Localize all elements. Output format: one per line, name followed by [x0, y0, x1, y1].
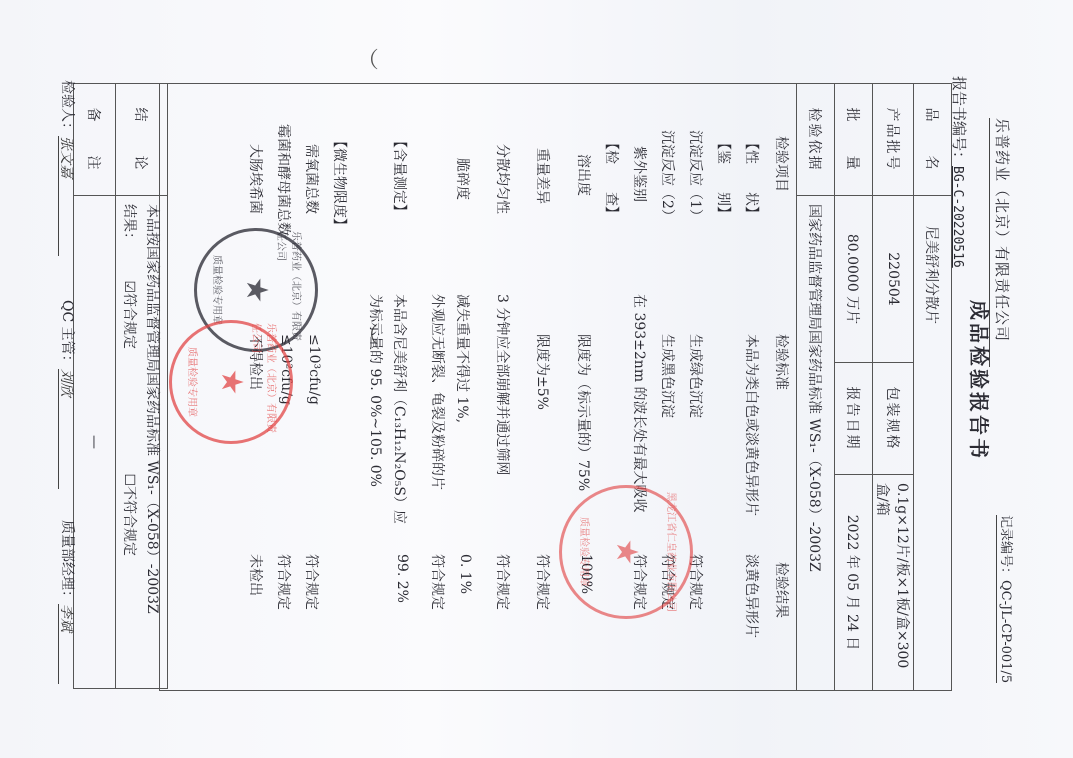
product-name-label: 品 名 — [914, 84, 952, 196]
test-item-name: 【鉴 别】 — [714, 136, 734, 220]
product-info-table: 品 名 尼美舒利分散片 产品批号 220504 包装规格 0.1g×12片/板×… — [796, 83, 952, 691]
test-standard: 生成绿色沉淀 — [686, 334, 706, 418]
batch-no-label: 产品批号 — [873, 84, 914, 196]
test-item-name: 【性 状】 — [742, 136, 762, 220]
test-item-name: 霉菌和酵母菌总数 — [274, 124, 294, 236]
report-title: 成品检验报告书 — [966, 300, 995, 461]
result-label: 结果： — [121, 204, 137, 246]
test-result: 符合规定 — [428, 554, 448, 610]
package-label: 包装规格 — [873, 363, 914, 475]
test-item-name: 重量差异 — [533, 148, 553, 204]
package-value: 0.1g×12片/板×1板/盒×300盒/箱 — [873, 475, 914, 691]
test-item-name: 分散均匀性 — [493, 144, 513, 214]
basis-label: 检验依据 — [797, 84, 835, 196]
report-date-label: 报告日期 — [835, 363, 873, 475]
pass-checkbox[interactable]: ☑符合规定 — [121, 280, 137, 349]
test-standard: 限度为±5% — [533, 334, 553, 410]
test-standard: ≤10³cfu/g — [306, 334, 322, 405]
test-result: 0. 1% — [457, 554, 473, 594]
test-result: 99. 2% — [394, 554, 410, 603]
test-standard: 本品为类白色或淡黄色异形片 — [742, 334, 762, 516]
test-standard: 为标示量的 95. 0%~105. 0% — [366, 294, 386, 487]
test-item-name: 溶出度 — [574, 154, 594, 196]
batch-no-value: 220504 — [873, 196, 914, 363]
test-result: 符合规定 — [533, 554, 553, 610]
remarks-label: 备 注 — [74, 84, 116, 196]
red-quality-stamp-1: ★ 乐普药业（北京）有限责任公司 质量检验专用章 — [169, 320, 293, 444]
test-standard: 限度为（标示量的）75% — [574, 334, 594, 491]
conclusion-cell: 本品按国家药品监督管理局国家药品标准 WS₁-（X-058）-2003Z 结果：… — [116, 196, 168, 689]
test-standard: 3 分钟应全部崩解并通过筛网 — [493, 294, 513, 475]
inspection-report-page: ︶ ︶ 乐普药业（北京）有限责任公司 成品检验报告书 记录编号：QC-JL-CP… — [0, 0, 1073, 758]
test-item-name: 紫外鉴别 — [630, 146, 650, 202]
column-header-result: 检验结果 — [772, 562, 792, 618]
punch-hole-mark: ︶ — [352, 48, 383, 70]
conclusion-text: 本品按国家药品监督管理局国家药品标准 WS₁-（X-058）-2003Z — [143, 204, 163, 680]
qa-manager-signature-line: 李斌 — [58, 604, 77, 684]
test-result: 未检出 — [246, 554, 266, 596]
test-standard: 减失重量不得过 1%, — [453, 294, 473, 423]
qc-supervisor-signature: QC 主管：刘欣 — [58, 300, 78, 489]
column-header-standard: 检验标准 — [772, 334, 792, 390]
report-number: 报告书编号：BG-C-20220516 — [949, 76, 970, 268]
test-item-name: 需氧菌总数 — [302, 144, 322, 214]
fail-checkbox[interactable]: ☐不符合规定 — [121, 473, 137, 556]
batch-qty-label: 批 量 — [835, 84, 873, 196]
qc-supervisor-signature-line: 刘欣 — [58, 369, 77, 489]
test-standard: 生成黑色沉淀 — [658, 334, 678, 418]
test-result: 符合规定 — [274, 554, 294, 610]
test-item-name: 【含量测定】 — [390, 134, 410, 218]
conclusion-label: 结 论 — [116, 84, 168, 196]
inspector-signature-line: 张文嘉 — [58, 136, 77, 256]
product-name-value: 尼美舒利分散片 — [914, 196, 952, 691]
red-quality-stamp-2: ★ 黑龙江省仁皇药业有限公司 质量检验专用章 — [559, 485, 693, 619]
conclusion-table: 结 论 本品按国家药品监督管理局国家药品标准 WS₁-（X-058）-2003Z… — [73, 83, 168, 689]
basis-value: 国家药品监督管理局国家药品标准 WS₁-（X-058）-2003Z — [797, 196, 835, 691]
qa-manager-signature: 质量部经理：李斌 — [58, 520, 78, 684]
report-date-value: 2022 年 05 月 24 日 — [835, 475, 873, 691]
test-standard: 在 393±2nm 的波长处有最大吸收 — [630, 294, 650, 513]
star-icon: ★ — [611, 539, 641, 566]
test-item-name: 大肠埃希菌 — [246, 144, 266, 214]
test-result: 淡黄色异形片 — [742, 554, 762, 638]
star-icon: ★ — [216, 369, 246, 396]
test-standard: 本品含尼美舒利（C₁₃H₁₂N₂O₅S）应 — [390, 294, 410, 524]
test-item-name: 【微生物限度】 — [330, 134, 350, 232]
test-result: 符合规定 — [493, 554, 513, 610]
test-item-name: 脆碎度 — [453, 158, 473, 200]
batch-qty-value: 80.0000 万片 — [835, 196, 873, 363]
record-number: 记录编号：QC-JL-CP-001/5 — [996, 515, 1017, 683]
test-item-name: 【检 查】 — [602, 136, 622, 220]
inspector-signature: 检验人：张文嘉 — [58, 80, 78, 256]
test-item-name: 沉淀反应（2） — [658, 130, 678, 223]
test-standard: 外观应无断裂、龟裂及粉碎的片 — [428, 294, 448, 490]
star-icon: ★ — [241, 277, 271, 304]
test-item-name: 沉淀反应（1） — [686, 130, 706, 223]
column-header-item: 检验项目 — [772, 136, 792, 192]
test-result: 符合规定 — [302, 554, 322, 610]
remarks-value: — — [74, 196, 116, 689]
